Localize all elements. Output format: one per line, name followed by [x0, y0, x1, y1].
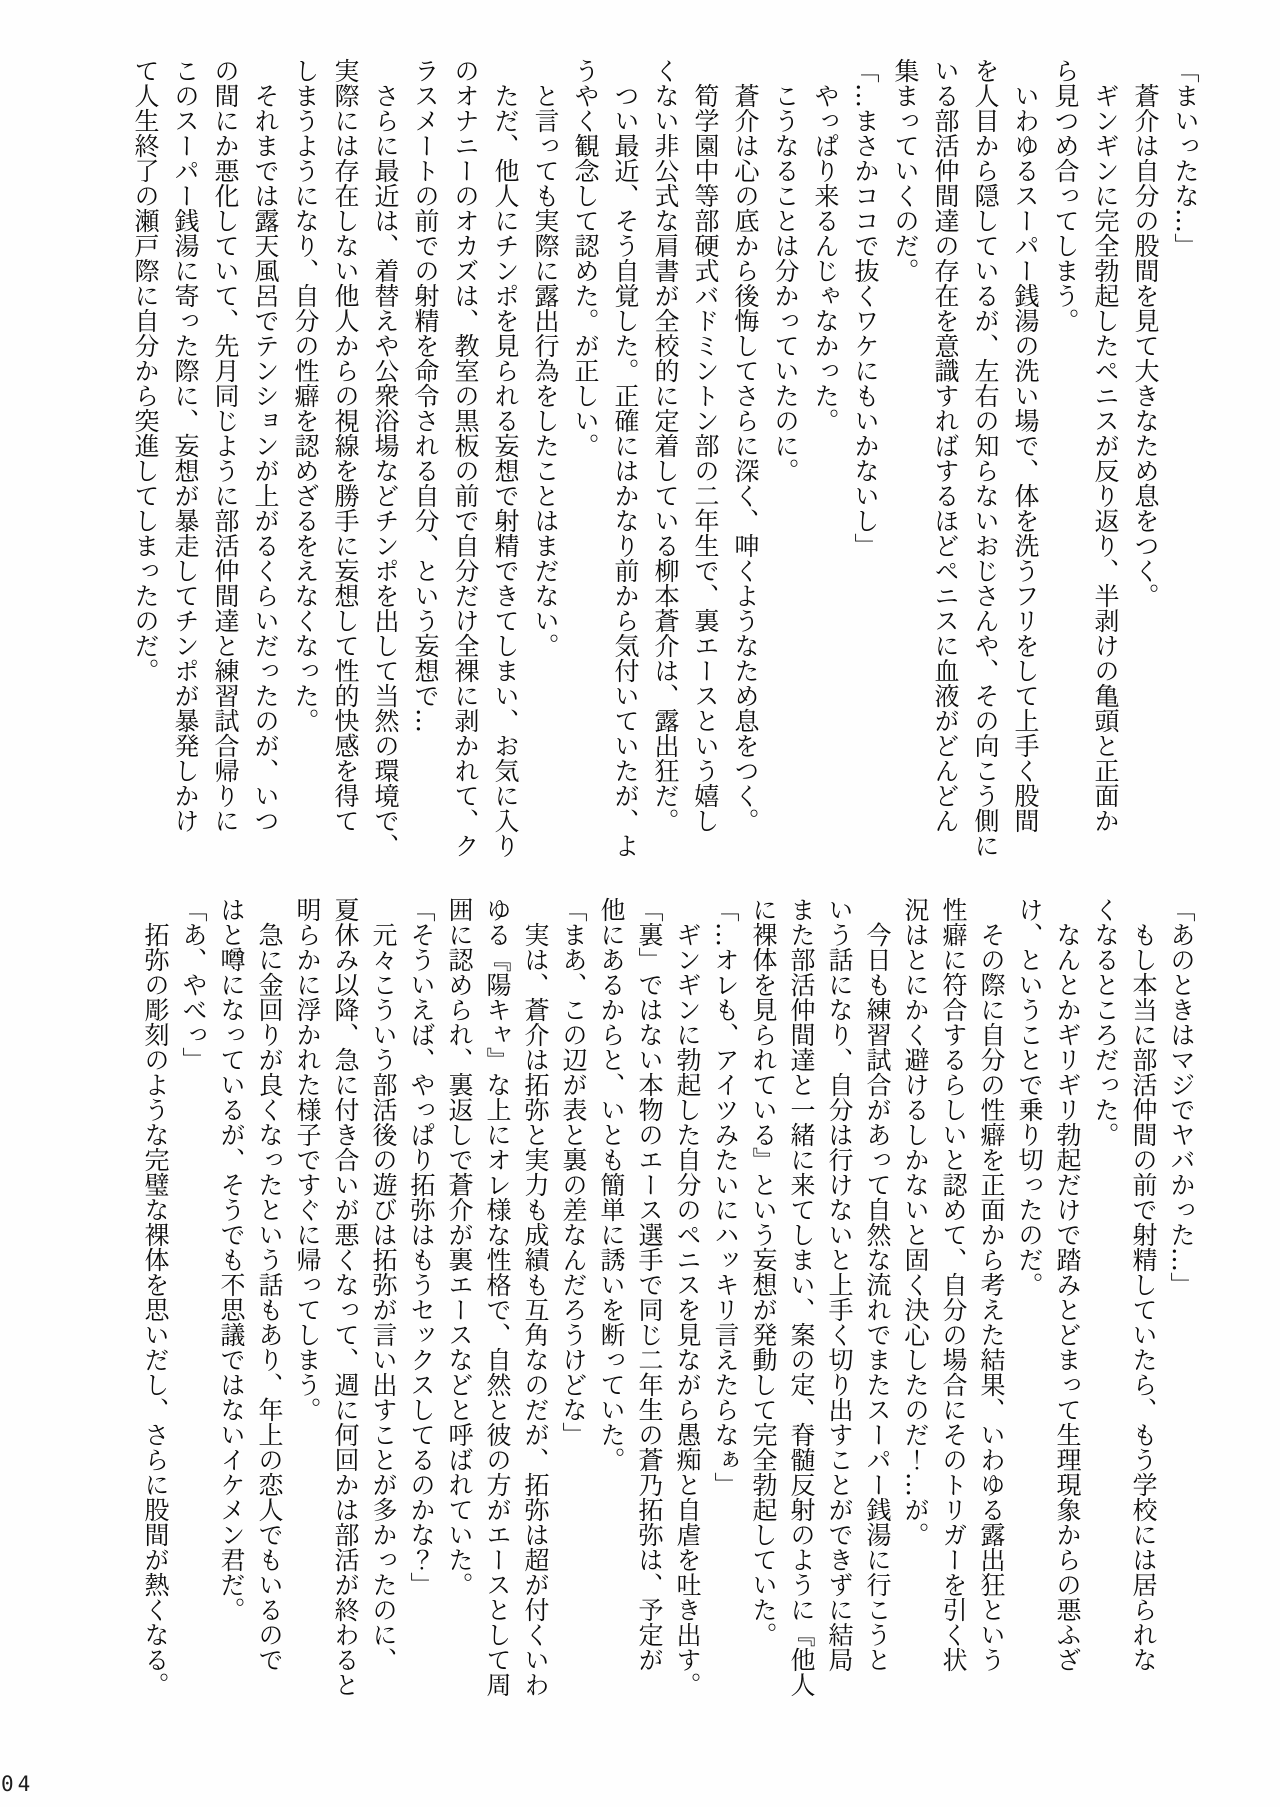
- text-column: ゆる『陽キャ』な上にオレ様な性格で、自然と彼の方がエースとして周: [478, 897, 516, 1707]
- text-column: ギンギンに勃起した自分のペニスを見ながら愚痴と自虐を吐き出す。: [668, 897, 706, 1707]
- text-column: それまでは露天風呂でテンションが上がるくらいだったのが、いつ: [245, 58, 285, 866]
- text-column: 急に金回りが良くなったという話もあり、年上の恋人でもいるので: [250, 897, 288, 1707]
- text-column: ラスメートの前での射精を命令される自分、という妄想で…: [405, 58, 445, 866]
- text-column: いう話になり、自分は行けないと上手く切り出すことができずに結局: [820, 897, 858, 1707]
- text-column: くない非公式な肩書が全校的に定着している柳本蒼介は、露出狂だ。: [645, 58, 685, 866]
- text-column: を人目から隠しているが、左右の知らないおじさんや、その向こう側に: [965, 58, 1005, 866]
- text-column: て人生終了の瀬戸際に自分から突進してしまったのだ。: [125, 58, 165, 866]
- text-column: 夏休み以降、急に付き合いが悪くなって、週に何回かは部活が終わると: [326, 897, 364, 1707]
- top-text-block: 「まいったな…」 蒼介は自分の股間を見て大きなため息をつく。 ギンギンに完全勃起…: [125, 58, 1205, 866]
- text-column: 実は、蒼介は拓弥と実力も成績も互角なのだが、拓弥は超が付くいわ: [516, 897, 554, 1707]
- text-column: ギンギンに完全勃起したペニスが反り返り、半剥けの亀頭と正面か: [1085, 58, 1125, 866]
- bottom-text-block: 「あのときはマジでヤバかった…」 もし本当に部活仲間の前で射精していたら、もう学…: [136, 897, 1200, 1707]
- text-column: くなるところだった。: [1086, 897, 1124, 1707]
- text-column: また部活仲間達と一緒に来てしまい、案の定、脊髄反射のように『他人: [782, 897, 820, 1707]
- text-column: 況はとにかく避けるしかないと固く決心したのだ！…が。: [896, 897, 934, 1707]
- text-column: こうなることは分かっていたのに。: [765, 58, 805, 866]
- text-column: 明らかに浮かれた様子ですぐに帰ってしまう。: [288, 897, 326, 1707]
- text-column: 拓弥の彫刻のような完璧な裸体を思いだし、さらに股間が熱くなる。: [136, 897, 174, 1707]
- text-column: 今日も練習試合があって自然な流れでまたスーパー銭湯に行こうと: [858, 897, 896, 1707]
- text-column: 「…オレも、アイツみたいにハッキリ言えたらなぁ」: [706, 897, 744, 1707]
- text-column: 囲に認められ、裏返しで蒼介が裏エースなどと呼ばれていた。: [440, 897, 478, 1707]
- text-column: さらに最近は、着替えや公衆浴場などチンポを出して当然の環境で、: [365, 58, 405, 866]
- text-column: いわゆるスーパー銭湯の洗い場で、体を洗うフリをして上手く股間: [1005, 58, 1045, 866]
- text-column: ただ、他人にチンポを見られる妄想で射精できてしまい、お気に入り: [485, 58, 525, 866]
- manuscript-page: 「まいったな…」 蒼介は自分の股間を見て大きなため息をつく。 ギンギンに完全勃起…: [0, 0, 1280, 1807]
- text-column: なんとかギリギリ勃起だけで踏みとどまって生理現象からの悪ふざ: [1048, 897, 1086, 1707]
- text-column: け、ということで乗り切ったのだ。: [1010, 897, 1048, 1707]
- text-column: と言っても実際に露出行為をしたことはまだない。: [525, 58, 565, 866]
- text-column: 「裏」ではない本物のエース選手で同じ二年生の蒼乃拓弥は、予定が: [630, 897, 668, 1707]
- text-column: 「あ、やべっ」: [174, 897, 212, 1707]
- text-column: もし本当に部活仲間の前で射精していたら、もう学校には居られな: [1124, 897, 1162, 1707]
- text-column: ら見つめ合ってしまう。: [1045, 58, 1085, 866]
- text-column: 他にあるからと、いとも簡単に誘いを断っていた。: [592, 897, 630, 1707]
- text-column: このスーパー銭湯に寄った際に、妄想が暴走してチンポが暴発しかけ: [165, 58, 205, 866]
- text-column: 「まあ、この辺が表と裏の差なんだろうけどな」: [554, 897, 592, 1707]
- text-column: 蒼介は自分の股間を見て大きなため息をつく。: [1125, 58, 1165, 866]
- text-column: 集まっていくのだ。: [885, 58, 925, 866]
- text-column: うやく観念して認めた。が正しい。: [565, 58, 605, 866]
- text-column: はと噂になっているが、そうでも不思議ではないイケメン君だ。: [212, 897, 250, 1707]
- text-column: 実際には存在しない他人からの視線を勝手に妄想して性的快感を得て: [325, 58, 365, 866]
- text-column: 元々こういう部活後の遊びは拓弥が言い出すことが多かったのに、: [364, 897, 402, 1707]
- text-column: の間にか悪化していて、先月同じように部活仲間達と練習試合帰りに: [205, 58, 245, 866]
- text-column: に裸体を見られている』という妄想が発動して完全勃起していた。: [744, 897, 782, 1707]
- text-column: 「まいったな…」: [1165, 58, 1205, 866]
- text-column: 蒼介は心の底から後悔してさらに深く、呻くようなため息をつく。: [725, 58, 765, 866]
- text-column: 性癖に符合するらしいと認めて、自分の場合にそのトリガーを引く状: [934, 897, 972, 1707]
- text-column: つい最近、そう自覚した。正確にはかなり前から気付いていたが、よ: [605, 58, 645, 866]
- text-column: その際に自分の性癖を正面から考えた結果、いわゆる露出狂という: [972, 897, 1010, 1707]
- text-column: しまうようになり、自分の性癖を認めざるをえなくなった。: [285, 58, 325, 866]
- text-column: 筍学園中等部硬式バドミントン部の二年生で、裏エースという嬉し: [685, 58, 725, 866]
- text-column: いる部活仲間達の存在を意識すればするほどペニスに血液がどんどん: [925, 58, 965, 866]
- page-number: 04: [1, 1772, 34, 1796]
- text-column: やっぱり来るんじゃなかった。: [805, 58, 845, 866]
- text-column: 「あのときはマジでヤバかった…」: [1162, 897, 1200, 1707]
- text-column: のオナニーのオカズは、教室の黒板の前で自分だけ全裸に剥かれて、ク: [445, 58, 485, 866]
- text-column: 「…まさかココで抜くワケにもいかないし」: [845, 58, 885, 866]
- text-column: 「そういえば、やっぱり拓弥はもうセックスしてるのかな？」: [402, 897, 440, 1707]
